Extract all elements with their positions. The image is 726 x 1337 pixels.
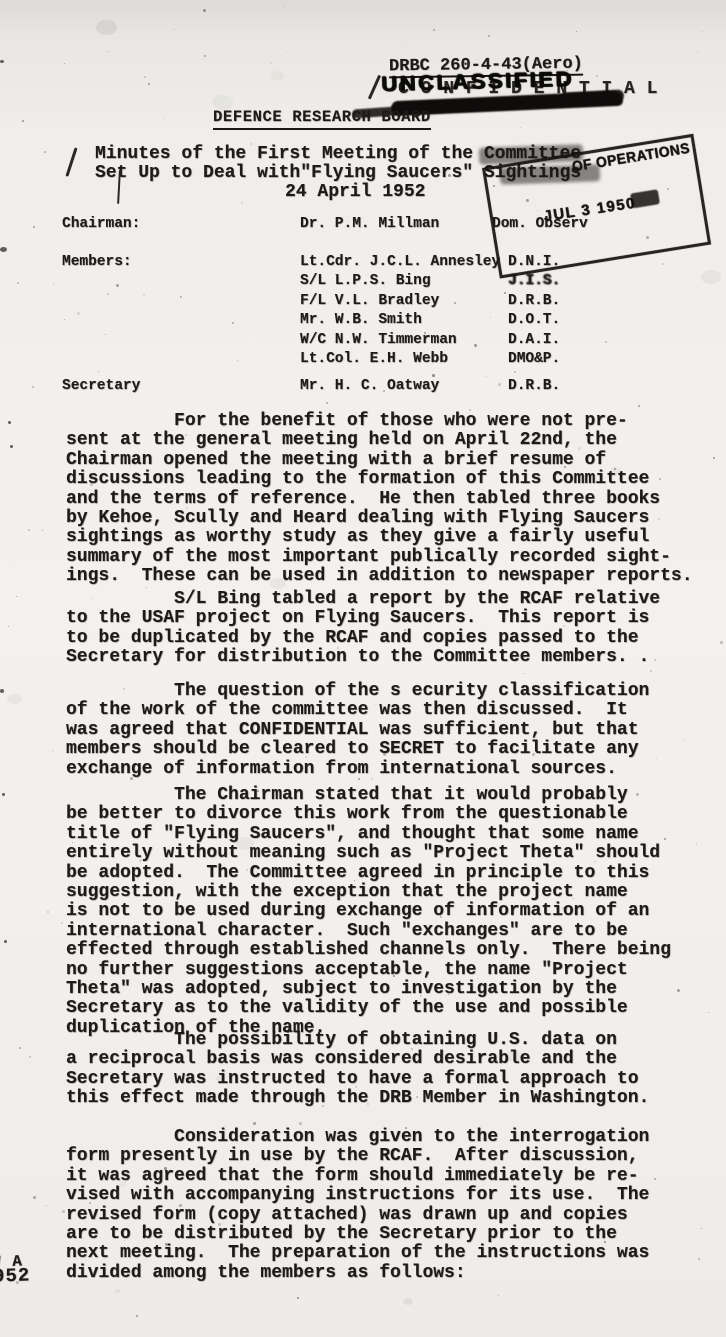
title-date: 24 April 1952: [285, 182, 425, 202]
member-name: Lt.Cdr. J.C.L. Annesley: [300, 253, 500, 272]
org-heading: DEFENCE RESEARCH BOARD: [213, 108, 431, 130]
stamp-date-smudge: [630, 189, 660, 208]
paragraph-2: S/L Bing tabled a report by the RCAF rel…: [66, 590, 660, 668]
secretary-affiliation: D.R.B.: [508, 377, 560, 396]
member-name: W/C N.W. Timmerman: [300, 331, 457, 350]
member-name: F/L V.L. Bradley: [300, 292, 439, 311]
pen-slash-mark: [368, 75, 381, 100]
members-label: Members:: [62, 253, 132, 272]
chairman-label: Chairman:: [62, 215, 140, 234]
paragraph-3: The question of the s ecurity classifica…: [66, 682, 649, 779]
paragraph-1: For the benefit of those who were not pr…: [66, 412, 693, 587]
member-name: S/L L.P.S. Bing: [300, 272, 431, 291]
pen-vertical-mark: [117, 170, 121, 204]
member-affiliation: DMO&P.: [508, 350, 560, 369]
scanned-document-page: DRBC 260-4-43(Aero) C O N F I D E N T I …: [0, 0, 726, 1337]
pen-slash-title: [65, 147, 77, 176]
member-affiliation: D.N.I.: [508, 253, 560, 272]
margin-note-line-2: 952: [0, 1264, 31, 1287]
member-name: Lt.Col. E.H. Webb: [300, 350, 448, 369]
paragraph-6: Consideration was given to the interroga…: [66, 1128, 649, 1283]
secretary-label: Secretary: [62, 377, 140, 396]
paragraph-4: The Chairman stated that it would probab…: [66, 786, 671, 1038]
member-affiliation: J.I.S.: [508, 272, 560, 291]
stamp-operations-text: OF OPERATIONS: [571, 141, 691, 176]
member-affiliation: D.R.B.: [508, 292, 560, 311]
member-affiliation: D.O.T.: [508, 311, 560, 330]
paragraph-5: The possibility of obtaining U.S. data o…: [66, 1031, 649, 1109]
secretary-name: Mr. H. C. Oatway: [300, 377, 439, 396]
chairman-affiliation: Dom. Observ: [492, 215, 588, 234]
member-affiliation: D.A.I.: [508, 331, 560, 350]
member-name: Mr. W.B. Smith: [300, 311, 422, 330]
chairman-name: Dr. P.M. Millman: [300, 215, 439, 234]
